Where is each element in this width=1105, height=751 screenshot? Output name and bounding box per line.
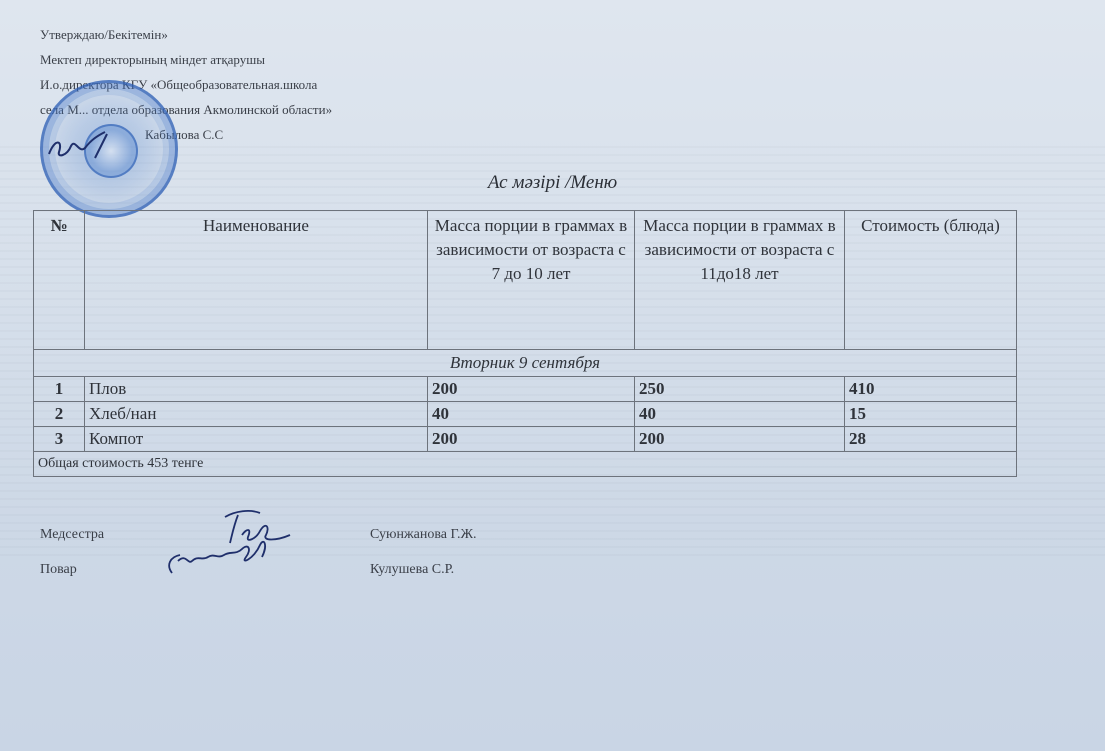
row-name: Компот bbox=[85, 427, 428, 452]
director-signature-icon bbox=[45, 128, 125, 164]
header-name: Наименование bbox=[85, 211, 428, 350]
row-mass-11-18: 40 bbox=[635, 402, 845, 427]
header-cost: Стоимость (блюда) bbox=[845, 211, 1017, 350]
handwritten-signatures-icon bbox=[120, 505, 310, 585]
signature-role: Медсестра bbox=[40, 517, 104, 552]
row-cost: 410 bbox=[845, 377, 1017, 402]
table-row: 1 Плов 200 250 410 bbox=[34, 377, 1017, 402]
day-label: Вторник 9 сентября bbox=[34, 350, 1017, 377]
row-no: 2 bbox=[34, 402, 85, 427]
row-mass-7-10: 40 bbox=[428, 402, 635, 427]
approval-line-1: Утверждаю/Бекітемін» bbox=[40, 22, 332, 47]
day-row: Вторник 9 сентября bbox=[34, 350, 1017, 377]
table-header-row: № Наименование Масса порции в граммах в … bbox=[34, 211, 1017, 350]
signature-name: Кулушева С.Р. bbox=[370, 552, 454, 587]
approval-line-2: Мектеп директорының міндет атқарушы bbox=[40, 47, 332, 72]
row-no: 1 bbox=[34, 377, 85, 402]
header-no: № bbox=[34, 211, 85, 350]
table-row: 2 Хлеб/нан 40 40 15 bbox=[34, 402, 1017, 427]
row-name: Плов bbox=[85, 377, 428, 402]
header-mass-11-18: Масса порции в граммах в зависимости от … bbox=[635, 211, 845, 350]
signature-name: Суюнжанова Г.Ж. bbox=[370, 517, 477, 552]
table-row: 3 Компот 200 200 28 bbox=[34, 427, 1017, 452]
page-title: Ас мәзірі /Меню bbox=[0, 172, 1105, 194]
row-mass-11-18: 250 bbox=[635, 377, 845, 402]
total-cost: Общая стоимость 453 тенге bbox=[34, 452, 1017, 477]
row-mass-7-10: 200 bbox=[428, 377, 635, 402]
row-cost: 28 bbox=[845, 427, 1017, 452]
signature-role: Повар bbox=[40, 552, 77, 587]
row-name: Хлеб/нан bbox=[85, 402, 428, 427]
header-mass-7-10: Масса порции в граммах в зависимости от … bbox=[428, 211, 635, 350]
total-row: Общая стоимость 453 тенге bbox=[34, 452, 1017, 477]
row-mass-11-18: 200 bbox=[635, 427, 845, 452]
row-mass-7-10: 200 bbox=[428, 427, 635, 452]
row-cost: 15 bbox=[845, 402, 1017, 427]
row-no: 3 bbox=[34, 427, 85, 452]
menu-table: № Наименование Масса порции в граммах в … bbox=[33, 210, 1017, 477]
